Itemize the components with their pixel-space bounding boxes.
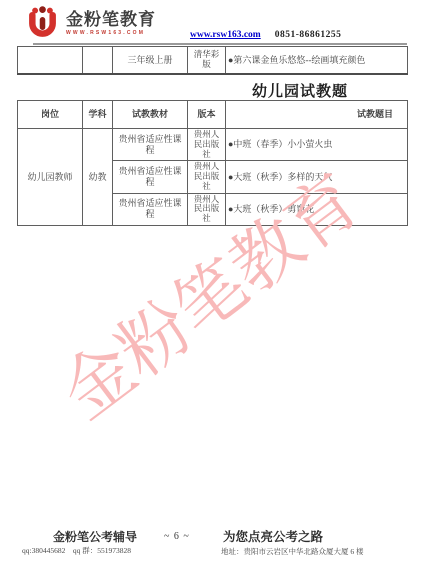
cell-topic: ●中班（春季）小小萤火虫 xyxy=(226,129,408,161)
previous-section-table: 三年级上册 清华彩版 ●第六课金鱼乐悠悠--绘画填充颜色 xyxy=(17,46,408,75)
footer-brand-slogan-right: 为您点亮公考之路 xyxy=(223,527,323,545)
brand-logo-icon xyxy=(24,5,61,42)
website-link[interactable]: www.rsw163.com xyxy=(190,30,261,40)
phone-number: 0851-86861255 xyxy=(275,30,342,40)
footer-qq-contacts: qq:380445682 qq 群：551973828 xyxy=(22,545,131,556)
cell-post-empty xyxy=(18,47,83,75)
header-contact: www.rsw163.com0851-86861255 xyxy=(190,30,341,40)
header-divider xyxy=(33,43,407,45)
footer-brand-slogan-left: 金粉笔公考辅导 xyxy=(53,528,137,545)
table-row: 三年级上册 清华彩版 ●第六课金鱼乐悠悠--绘画填充颜色 xyxy=(18,47,408,75)
header-post: 岗位 xyxy=(18,101,83,129)
page-number: ~ 6 ~ xyxy=(164,531,190,542)
cell-material: 贵州省适应性课程 xyxy=(113,129,188,161)
cell-topic: ●第六课金鱼乐悠悠--绘画填充颜色 xyxy=(226,47,408,75)
cell-material: 贵州省适应性课程 xyxy=(113,161,188,193)
table-row: 幼儿园教师 幼教 贵州省适应性课程 贵州人民出版社 ●中班（春季）小小萤火虫 xyxy=(18,129,408,161)
header-topic: 试教题目 xyxy=(226,101,408,129)
cell-edition: 清华彩版 xyxy=(188,47,226,75)
kindergarten-trial-table: 岗位 学科 试教教材 版本 试教题目 幼儿园教师 幼教 贵州省适应性课程 贵州人… xyxy=(17,100,408,226)
cell-post: 幼儿园教师 xyxy=(18,129,83,226)
brand-name: 金粉笔教育 xyxy=(66,11,156,28)
cell-subject: 幼教 xyxy=(83,129,113,226)
table-header-row: 岗位 学科 试教教材 版本 试教题目 xyxy=(18,101,408,129)
brand-logo: 金粉笔教育 WWW.RSW163.COM xyxy=(24,5,156,42)
header-material: 试教教材 xyxy=(113,101,188,129)
footer-address: 地址：贵阳市云岩区中华北路众厦大厦 6 楼 xyxy=(221,546,364,557)
cell-material: 贵州省适应性课程 xyxy=(113,193,188,225)
header-edition: 版本 xyxy=(188,101,226,129)
cell-material: 三年级上册 xyxy=(113,47,188,75)
brand-text-block: 金粉笔教育 WWW.RSW163.COM xyxy=(66,11,156,36)
brand-site-caption: WWW.RSW163.COM xyxy=(66,30,156,36)
cell-edition: 贵州人民出版社 xyxy=(188,193,226,225)
cell-subject-empty xyxy=(83,47,113,75)
document-page: 金粉笔教育 WWW.RSW163.COM www.rsw163.com0851-… xyxy=(0,0,424,576)
header-subject: 学科 xyxy=(83,101,113,129)
cell-edition: 贵州人民出版社 xyxy=(188,129,226,161)
cell-edition: 贵州人民出版社 xyxy=(188,161,226,193)
page-title: 幼儿园试教题 xyxy=(215,80,385,101)
cell-topic: ●大班（秋季）剪窗花 xyxy=(226,193,408,225)
cell-topic: ●大班（秋季）多样的天气 xyxy=(226,161,408,193)
